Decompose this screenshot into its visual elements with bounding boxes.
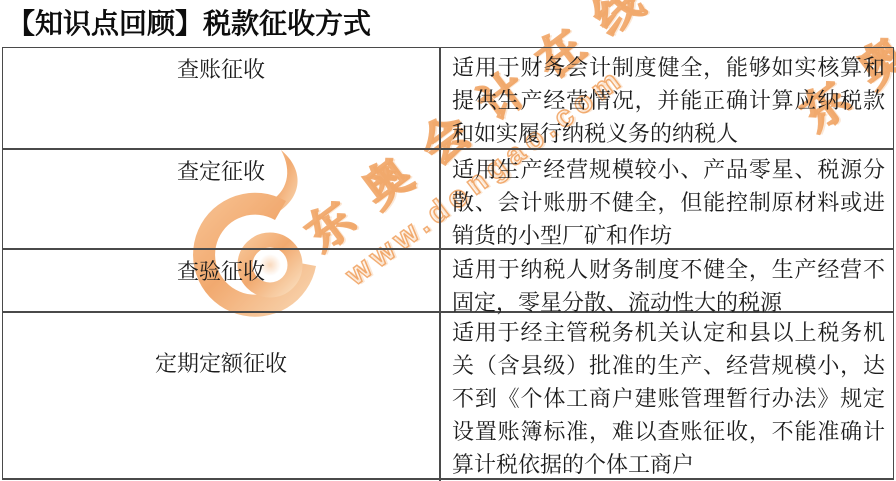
table-cell-method-3: 查验征收: [3, 250, 441, 313]
table-cell-description-1: 适用于财务会计制度健全，能够如实核算和提供生产经营情况，并能正确计算应纳税款和如…: [441, 48, 893, 150]
table-cell-description-2: 适用生产经营规模较小、产品零星、税源分散、会计账册不健全，但能控制原材料或进销货…: [441, 150, 893, 250]
table-cell-description-4: 适用于经主管税务机关认定和县以上税务机关（含县级）批准的生产、经营规模小，达不到…: [441, 313, 893, 481]
table-cell-method-4: 定期定额征收: [3, 313, 441, 481]
table-cell-description-3: 适用于纳税人财务制度不健全，生产经营不固定，零星分散、流动性大的税源: [441, 250, 893, 313]
table-cell-method-2: 查定征收: [3, 150, 441, 250]
page-title: 【知识点回顾】税款征收方式: [7, 2, 371, 42]
tax-collection-methods-table: 查账征收 适用于财务会计制度健全，能够如实核算和提供生产经营情况，并能正确计算应…: [2, 47, 894, 480]
table-cell-method-1: 查账征收: [3, 48, 441, 150]
page: 东奥会计在线 www.dongao.com 东奥会计在线 【知识点回顾】税款征收…: [0, 0, 896, 481]
